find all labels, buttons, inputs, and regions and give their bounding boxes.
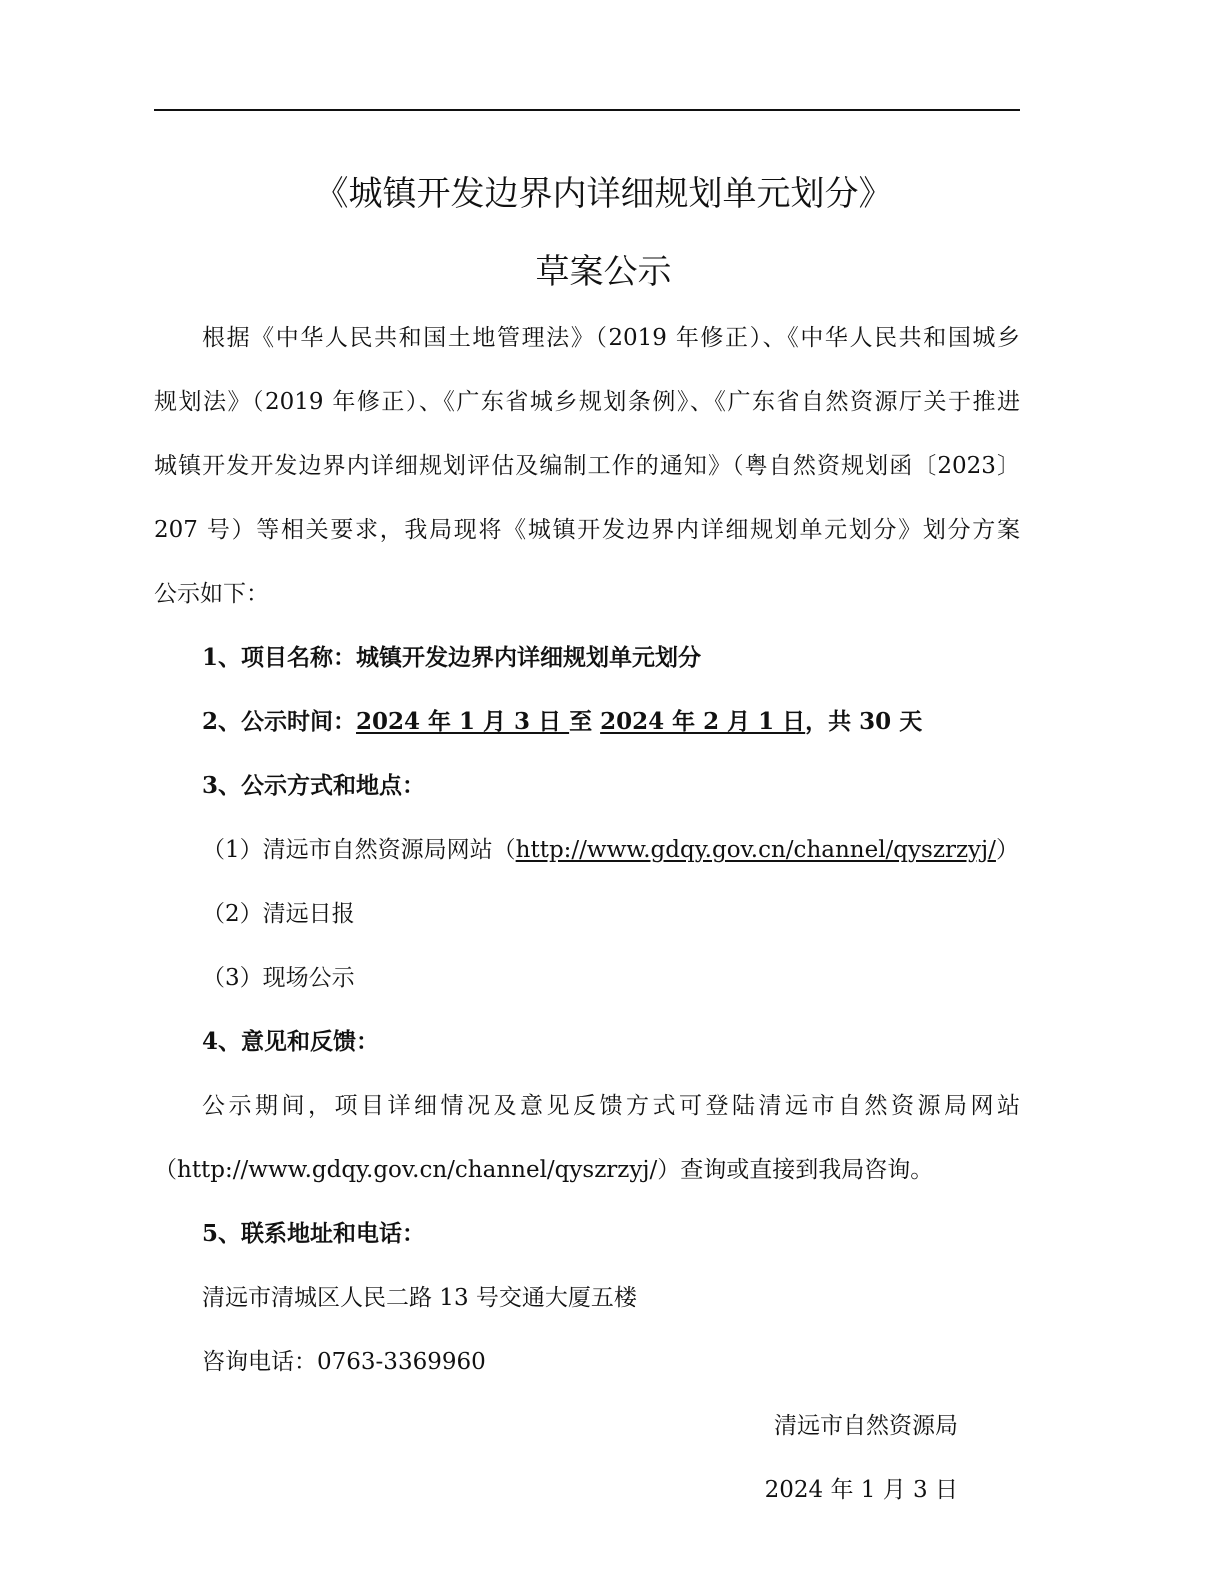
section-feedback-label: 4、意见和反馈： — [202, 1027, 1020, 1057]
method-item-website-prefix: （1）清远市自然资源局网站（ — [202, 837, 516, 863]
document-title: 《城镇开发边界内详细规划单元划分》 — [0, 166, 1207, 215]
intro-line-3: 城镇开发开发边界内详细规划评估及编制工作的通知》（粤自然资规划函〔2023〕 — [154, 451, 1020, 481]
intro-line-2: 规划法》（2019 年修正）、《广东省城乡规划条例》、《广东省自然资源厅关于推进 — [154, 387, 1020, 417]
signature-org: 清远市自然资源局 — [154, 1411, 958, 1441]
project-name-value: 城镇开发边界内详细规划单元划分 — [356, 644, 701, 671]
method-item-website: （1）清远市自然资源局网站（http://www.gdqy.gov.cn/cha… — [202, 835, 1020, 865]
website-link[interactable]: http://www.gdqy.gov.cn/channel/qyszrzyj/ — [516, 837, 996, 863]
method-item-newspaper: （2）清远日报 — [202, 899, 1020, 929]
contact-address: 清远市清城区人民二路 13 号交通大厦五楼 — [202, 1283, 1020, 1313]
project-name-label: 1、项目名称： — [202, 644, 356, 671]
intro-line-1: 根据《中华人民共和国土地管理法》（2019 年修正）、《中华人民共和国城乡 — [202, 323, 1020, 353]
document-page: 《城镇开发边界内详细规划单元划分》 草案公示 根据《中华人民共和国土地管理法》（… — [0, 0, 1207, 1596]
period-start-date: 2024 年 1 月 3 日 — [356, 708, 569, 735]
section-project-name: 1、项目名称：城镇开发边界内详细规划单元划分 — [202, 643, 1020, 673]
contact-phone: 咨询电话：0763-3369960 — [202, 1347, 1020, 1377]
period-label: 2、公示时间： — [202, 708, 356, 735]
intro-line-5: 公示如下： — [154, 579, 1020, 609]
header-rule — [154, 109, 1020, 111]
section-contact-label: 5、联系地址和电话： — [202, 1219, 1020, 1249]
document-subtitle: 草案公示 — [0, 244, 1207, 293]
signature-date: 2024 年 1 月 3 日 — [154, 1475, 958, 1505]
feedback-line-1: 公示期间，项目详细情况及意见反馈方式可登陆清远市自然资源局网站 — [202, 1091, 1020, 1121]
section-period: 2、公示时间：2024 年 1 月 3 日 至 2024 年 2 月 1 日，共… — [202, 707, 1020, 737]
period-to: 至 — [569, 708, 600, 735]
intro-line-4: 207 号）等相关要求，我局现将《城镇开发边界内详细规划单元划分》划分方案 — [154, 515, 1020, 545]
method-item-website-suffix: ） — [996, 837, 1019, 863]
method-item-onsite: （3）现场公示 — [202, 963, 1020, 993]
feedback-line-2: （http://www.gdqy.gov.cn/channel/qyszrzyj… — [154, 1155, 1020, 1185]
period-end-date: 2024 年 2 月 1 日 — [600, 708, 805, 735]
section-method-label: 3、公示方式和地点： — [202, 771, 1020, 801]
period-duration: ，共 30 天 — [805, 708, 922, 735]
